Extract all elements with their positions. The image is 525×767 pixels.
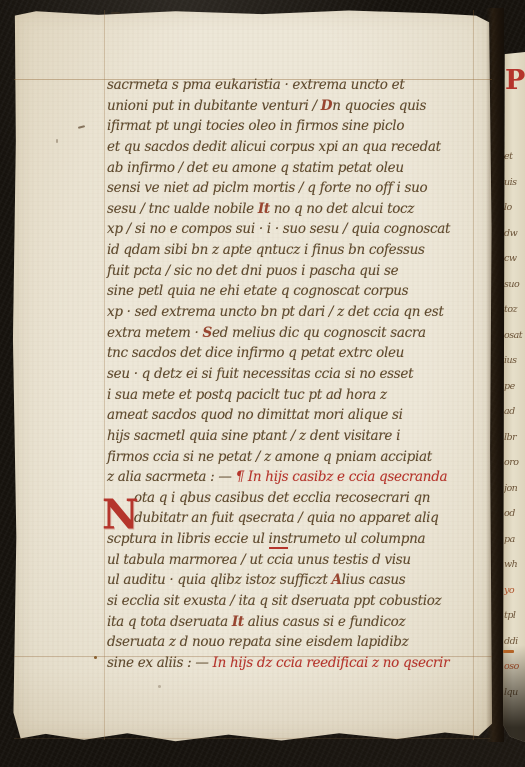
text-segment: trumeto ul columpna: [288, 531, 426, 547]
text-segment: sesu / tnc ualde nobile: [107, 201, 258, 217]
manuscript-line-18: hijs sacmetl quia sine ptant / z dent vi…: [107, 426, 479, 447]
margin-ink-speck: [56, 139, 58, 143]
text-segment: dubitatr an fuit qsecrata / quia no appa…: [134, 510, 439, 526]
manuscript-line-6: sensi ve niet ad piclm mortis / q forte …: [107, 178, 479, 199]
text-segment: A: [331, 572, 341, 588]
manuscript-line-14: tnc sacdos det dice infirmo q petat extr…: [107, 343, 479, 364]
text-segment: D: [321, 98, 332, 114]
manuscript-line-10: fuit pcta / sic no det dni puos i pascha…: [107, 261, 479, 282]
text-segment: lius casus: [342, 572, 406, 588]
text-segment: S: [203, 325, 212, 341]
text-segment: ul tabula marmorea / ut ccia unus testis…: [107, 552, 411, 568]
manuscript-line-20: z alia sacrmeta : — ¶ In hijs casibz e c…: [107, 467, 479, 488]
manuscript-line-26: si ecclia sit exusta / ita q sit dseruat…: [107, 591, 479, 612]
manuscript-line-24: ul tabula marmorea / ut ccia unus testis…: [107, 550, 479, 571]
manuscript-line-9: id qdam sibi bn z apte qntucz i finus bn…: [107, 240, 479, 261]
facing-fragment-10: pe: [504, 374, 525, 400]
text-segment: xp · sed extrema uncto bn pt dari / z de…: [107, 304, 444, 320]
text-segment: ed melius dic qu cognoscit sacra: [212, 325, 426, 341]
manuscript-line-16: i sua mete et postq paciclt tuc pt ad ho…: [107, 385, 479, 406]
text-block: sacrmeta s pma eukaristia · extrema unct…: [107, 75, 479, 674]
text-segment: hijs sacmetl quia sine ptant / z dent vi…: [107, 428, 400, 444]
text-segment: ota q i qbus casibus det ecclia recosecr…: [134, 490, 430, 506]
manuscript-line-17: ameat sacdos quod no dimittat mori aliqu…: [107, 405, 479, 426]
rubric-text: In hijs dz ccia reedificai z no qsecrir: [213, 655, 450, 671]
text-segment: fuit pcta / sic no det dni puos i pascha…: [107, 263, 398, 279]
pricking-dot: [94, 656, 97, 659]
text-segment: unioni put in dubitante venturi /: [107, 98, 321, 114]
facing-fragment-20: ddi: [504, 629, 525, 655]
ruling-line-lower-edge: [14, 738, 490, 739]
text-segment: sensi ve niet ad piclm mortis / q forte …: [107, 180, 427, 196]
facing-fragment-1: et: [504, 144, 525, 170]
facing-fragment-17: wh: [504, 552, 525, 578]
facing-fragment-12: lbr: [504, 425, 525, 451]
manuscript-line-8: xp / si no e compos sui · i · suo sesu /…: [107, 219, 479, 240]
facing-fragment-7: toz: [504, 297, 525, 323]
text-segment: sine ex aliis : —: [107, 655, 213, 671]
facing-fragment-14: jon: [504, 476, 525, 502]
facing-fragment-22: lqu: [504, 680, 525, 706]
gutter-shadow: [486, 8, 504, 742]
text-segment: It: [232, 614, 244, 630]
facing-fragment-8: osat: [504, 323, 525, 349]
manuscript-line-28: dseruata z d nouo repata sine eisdem lap…: [107, 632, 479, 653]
manuscript-line-3: ifirmat pt ungi tocies oleo in firmos si…: [107, 116, 479, 137]
facing-page-text-fragments: etuislodwcwsuotozosatiuspeadlbrorojonodp…: [504, 144, 525, 705]
facing-fragment-21: oso: [504, 654, 525, 680]
text-segment: et qu sacdos dedit alicui corpus xpi an …: [107, 139, 441, 155]
text-segment: no q no det alcui tocz: [270, 201, 414, 217]
text-segment: extra metem ·: [107, 325, 203, 341]
text-segment: i sua mete et postq paciclt tuc pt ad ho…: [107, 387, 387, 403]
facing-fragment-2: uis: [504, 170, 525, 196]
facing-fragment-13: oro: [504, 450, 525, 476]
text-segment: ifirmat pt ungi tocies oleo in firmos si…: [107, 118, 404, 134]
text-segment: dseruata z d nouo repata sine eisdem lap…: [107, 634, 408, 650]
manuscript-line-21: ota q i qbus casibus det ecclia recosecr…: [107, 488, 479, 509]
text-segment: sacrmeta s pma eukaristia · extrema unct…: [107, 77, 404, 93]
text-segment: ins: [269, 531, 288, 549]
manuscript-line-29: sine ex aliis : — In hijs dz ccia reedif…: [107, 653, 479, 674]
facing-page-edge: P etuislodwcwsuotozosatiuspeadlbrorojono…: [503, 52, 525, 742]
rubric-text: ¶ In hijs casibz e ccia qsecranda: [236, 469, 448, 485]
text-segment: ameat sacdos quod no dimittat mori aliqu…: [107, 407, 403, 423]
manuscript-line-4: et qu sacdos dedit alicui corpus xpi an …: [107, 137, 479, 158]
manuscript-line-22: dubitatr an fuit qsecrata / quia no appa…: [107, 508, 479, 529]
manuscript-line-25: ul auditu · quia qlibz istoz sufficzt Al…: [107, 570, 479, 591]
facing-fragment-11: ad: [504, 399, 525, 425]
facing-fragment-16: pa: [504, 527, 525, 553]
manuscript-line-15: seu · q detz ei si fuit necessitas ccia …: [107, 364, 479, 385]
text-segment: sine petl quia ne ehi etate q cognoscat …: [107, 283, 408, 299]
stain-speck: [158, 685, 161, 688]
text-segment: seu · q detz ei si fuit necessitas ccia …: [107, 366, 413, 382]
text-segment: ita q tota dseruata: [107, 614, 232, 630]
manuscript-photo: sacrmeta s pma eukaristia · extrema unct…: [0, 0, 525, 767]
text-segment: z alia sacrmeta : —: [107, 469, 236, 485]
manuscript-line-27: ita q tota dseruata It alius casus si e …: [107, 612, 479, 633]
text-segment: tnc sacdos det dice infirmo q petat extr…: [107, 345, 404, 361]
manuscript-line-11: sine petl quia ne ehi etate q cognoscat …: [107, 281, 479, 302]
text-segment: ab infirmo / det eu amone q statim petat…: [107, 160, 404, 176]
manuscript-line-7: sesu / tnc ualde nobile It no q no det a…: [107, 199, 479, 220]
text-segment: xp / si no e compos sui · i · suo sesu /…: [107, 221, 450, 237]
text-segment: alius casus si e fundicoz: [244, 614, 406, 630]
manuscript-line-1: sacrmeta s pma eukaristia · extrema unct…: [107, 75, 479, 96]
facing-fragment-6: suo: [504, 272, 525, 298]
facing-page-initial-P: P: [505, 66, 525, 96]
text-segment: id qdam sibi bn z apte qntucz i finus bn…: [107, 242, 425, 258]
manuscript-line-5: ab infirmo / det eu amone q statim petat…: [107, 158, 479, 179]
text-segment: n quocies quis: [332, 98, 426, 114]
manuscript-line-12: xp · sed extrema uncto bn pt dari / z de…: [107, 302, 479, 323]
ruling-line-left-margin: [104, 10, 105, 740]
facing-fragment-19: tpl: [504, 603, 525, 629]
text-segment: It: [258, 201, 270, 217]
rubricated-initial-N: N: [102, 493, 132, 539]
text-segment: si ecclia sit exusta / ita q sit dseruat…: [107, 593, 441, 609]
manuscript-line-19: firmos ccia si ne petat / z amone q pnia…: [107, 447, 479, 468]
facing-fragment-15: od: [504, 501, 525, 527]
facing-page-red-dash: [503, 650, 514, 653]
text-segment: firmos ccia si ne petat / z amone q pnia…: [107, 449, 432, 465]
facing-fragment-3: lo: [504, 195, 525, 221]
manuscript-line-2: unioni put in dubitante venturi / Dn quo…: [107, 96, 479, 117]
top-margin-mark: [111, 12, 120, 14]
text-segment: ul auditu · quia qlibz istoz sufficzt: [107, 572, 331, 588]
manuscript-line-13: extra metem · Sed melius dic qu cognosci…: [107, 323, 479, 344]
facing-fragment-5: cw: [504, 246, 525, 272]
facing-fragment-18: yo: [504, 578, 525, 604]
manuscript-line-23: scptura in libris eccie ul instrumeto ul…: [107, 529, 479, 550]
facing-fragment-9: ius: [504, 348, 525, 374]
facing-fragment-4: dw: [504, 221, 525, 247]
